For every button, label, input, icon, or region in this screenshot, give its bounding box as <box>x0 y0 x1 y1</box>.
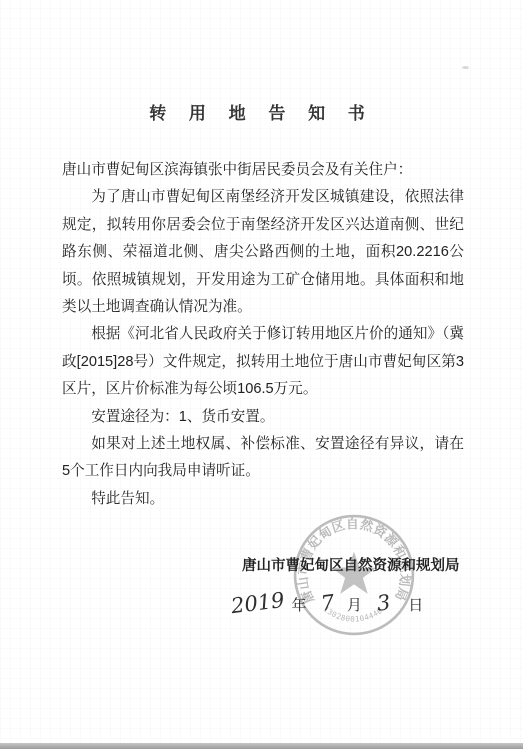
scan-bottom-edge <box>0 743 523 749</box>
document-body: 唐山市曹妃甸区滨海镇张中街居民委员会及有关住户： 为了唐山市曹妃甸区南堡经济开发… <box>62 157 464 513</box>
salutation-line: 唐山市曹妃甸区滨海镇张中街居民委员会及有关住户： <box>62 157 464 184</box>
month-label: 月 <box>347 594 362 615</box>
signature-date-line: 2019年7月3日 <box>231 591 423 615</box>
official-seal-stamp: 唐山市曹妃甸区自然资源和规划局 1302800104440 <box>291 512 417 638</box>
document-title: 转 用 地 告 知 书 <box>0 99 523 124</box>
seal-outer-ring <box>295 516 413 634</box>
body-paragraph-4: 如果对上述土地权属、补偿标准、安置途径有异议，请在5个工作日内向我局申请听证。 <box>62 431 464 486</box>
year-label: 年 <box>291 594 306 615</box>
scanned-document-page: 转 用 地 告 知 书 唐山市曹妃甸区滨海镇张中街居民委员会及有关住户： 为了唐… <box>0 0 523 749</box>
body-paragraph-1: 为了唐山市曹妃甸区南堡经济开发区城镇建设，依照法律规定，拟转用你居委会位于南堡经… <box>62 184 464 321</box>
body-paragraph-3: 安置途径为：1、货币安置。 <box>62 404 464 431</box>
signature-agency-name: 唐山市曹妃甸区自然资源和规划局 <box>242 554 460 575</box>
day-label: 日 <box>408 594 423 615</box>
handwritten-year: 2019 <box>230 588 286 618</box>
handwritten-month: 7 <box>320 590 336 615</box>
scan-speck <box>462 66 469 69</box>
handwritten-day: 3 <box>375 590 391 615</box>
body-paragraph-2: 根据《河北省人民政府关于修订转用地区片价的通知》（冀政[2015]28号）文件规… <box>62 321 464 403</box>
closing-line: 特此告知。 <box>62 486 464 513</box>
